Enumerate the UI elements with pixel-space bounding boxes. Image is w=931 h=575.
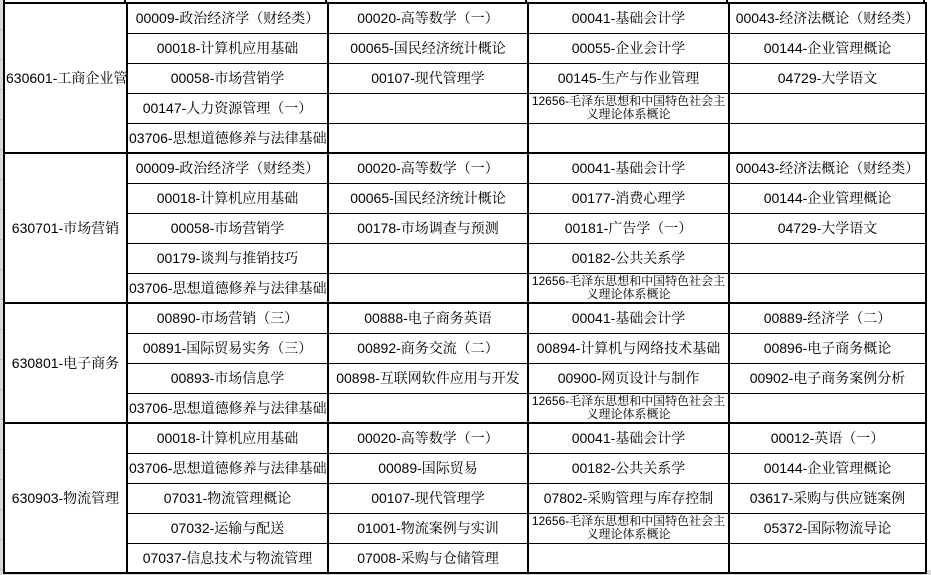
- course-cell: 00058-市场营销学: [127, 213, 328, 243]
- course-cell: 00009-政治经济学（财经类）: [127, 153, 328, 183]
- course-cell: 00018-计算机应用基础: [127, 183, 328, 213]
- table-row: 07037-信息技术与物流管理 07008-采购与仓储管理: [4, 543, 926, 573]
- course-cell: 00896-电子商务概论: [729, 333, 926, 363]
- course-cell: [729, 93, 926, 123]
- course-cell: 00020-高等数学（一）: [328, 153, 528, 183]
- course-cell: [328, 123, 528, 153]
- course-cell: 12656-毛泽东思想和中国特色社会主义理论体系概论: [528, 93, 729, 123]
- course-cell: 00058-市场营销学: [127, 63, 328, 93]
- table-row: 03706-思想道德修养与法律基础 12656-毛泽东思想和中国特色社会主义理论…: [4, 273, 926, 303]
- course-cell: 00147-人力资源管理（一）: [127, 93, 328, 123]
- course-cell: 00020-高等数学（一）: [328, 3, 528, 33]
- course-cell: 12656-毛泽东思想和中国特色社会主义理论体系概论: [528, 273, 729, 303]
- table-row: 630801-电子商务 00890-市场营销（三） 00888-电子商务英语 0…: [4, 303, 926, 333]
- course-cell: 00043-经济法概论（财经类）: [729, 153, 926, 183]
- course-cell: [528, 543, 729, 573]
- course-cell: 00181-广告学（一）: [528, 213, 729, 243]
- course-cell: [729, 273, 926, 303]
- course-cell: 00020-高等数学（一）: [328, 423, 528, 453]
- course-cell: 00107-现代管理学: [328, 483, 528, 513]
- course-cell: 00065-国民经济统计概论: [328, 183, 528, 213]
- course-cell: [328, 393, 528, 423]
- table-row: 00018-计算机应用基础 00065-国民经济统计概论 00177-消费心理学…: [4, 183, 926, 213]
- course-cell: 07802-采购管理与库存控制: [528, 483, 729, 513]
- course-cell: 00107-现代管理学: [328, 63, 528, 93]
- course-cell: 00041-基础会计学: [528, 3, 729, 33]
- course-cell: [328, 273, 528, 303]
- course-cell: 00179-谈判与推销技巧: [127, 243, 328, 273]
- table-row: 630601-工商企业管理 00009-政治经济学（财经类） 00020-高等数…: [4, 3, 926, 33]
- table-row: 03706-思想道德修养与法律基础 12656-毛泽东思想和中国特色社会主义理论…: [4, 393, 926, 423]
- course-cell: 00018-计算机应用基础: [127, 423, 328, 453]
- course-cell: 00900-网页设计与制作: [528, 363, 729, 393]
- course-cell: 03706-思想道德修养与法律基础: [127, 453, 328, 483]
- table-row: 00891-国际贸易实务（三） 00892-商务交流（二） 00894-计算机与…: [4, 333, 926, 363]
- course-cell: 00892-商务交流（二）: [328, 333, 528, 363]
- course-cell: 03706-思想道德修养与法律基础: [127, 393, 328, 423]
- table-row: 00058-市场营销学 00178-市场调查与预测 00181-广告学（一） 0…: [4, 213, 926, 243]
- course-cell: [729, 393, 926, 423]
- major-cell: 630601-工商企业管理: [4, 3, 127, 153]
- course-cell: 07031-物流管理概论: [127, 483, 328, 513]
- table-row: 00893-市场信息学 00898-互联网软件应用与开发 00900-网页设计与…: [4, 363, 926, 393]
- course-cell: 00893-市场信息学: [127, 363, 328, 393]
- course-cell: 00890-市场营销（三）: [127, 303, 328, 333]
- course-cell: 00182-公共关系学: [528, 243, 729, 273]
- course-cell: 00009-政治经济学（财经类）: [127, 3, 328, 33]
- course-cell: 00902-电子商务案例分析: [729, 363, 926, 393]
- course-cell: 00889-经济学（二）: [729, 303, 926, 333]
- course-cell: 00894-计算机与网络技术基础: [528, 333, 729, 363]
- course-cell: 00891-国际贸易实务（三）: [127, 333, 328, 363]
- course-cell: 00144-企业管理概论: [729, 453, 926, 483]
- table-row: 03706-思想道德修养与法律基础: [4, 123, 926, 153]
- course-cell: 04729-大学语文: [729, 63, 926, 93]
- course-cell: 12656-毛泽东思想和中国特色社会主义理论体系概论: [528, 393, 729, 423]
- course-cell: 03617-采购与供应链案例: [729, 483, 926, 513]
- table-row: 00058-市场营销学 00107-现代管理学 00145-生产与作业管理 04…: [4, 63, 926, 93]
- major-cell: 630903-物流管理: [4, 423, 127, 573]
- course-cell: 12656-毛泽东思想和中国特色社会主义理论体系概论: [528, 513, 729, 543]
- course-cell: 01001-物流案例与实训: [328, 513, 528, 543]
- course-cell: 00182-公共关系学: [528, 453, 729, 483]
- course-cell: [328, 243, 528, 273]
- course-cell: 03706-思想道德修养与法律基础: [127, 273, 328, 303]
- course-cell: 03706-思想道德修养与法律基础: [127, 123, 328, 153]
- course-cell: 00177-消费心理学: [528, 183, 729, 213]
- table-row: 07032-运输与配送 01001-物流案例与实训 12656-毛泽东思想和中国…: [4, 513, 926, 543]
- course-cell: 07037-信息技术与物流管理: [127, 543, 328, 573]
- course-cell: 00065-国民经济统计概论: [328, 33, 528, 63]
- course-cell: 00888-电子商务英语: [328, 303, 528, 333]
- course-cell: 04729-大学语文: [729, 213, 926, 243]
- exam-schedule-table: 630601-工商企业管理 00009-政治经济学（财经类） 00020-高等数…: [3, 2, 927, 574]
- course-cell: 00898-互联网软件应用与开发: [328, 363, 528, 393]
- major-cell: 630801-电子商务: [4, 303, 127, 423]
- course-cell: 00041-基础会计学: [528, 423, 729, 453]
- course-cell: [328, 93, 528, 123]
- course-cell: 00018-计算机应用基础: [127, 33, 328, 63]
- course-cell: 00178-市场调查与预测: [328, 213, 528, 243]
- course-cell: 00055-企业会计学: [528, 33, 729, 63]
- table-row: 00018-计算机应用基础 00065-国民经济统计概论 00055-企业会计学…: [4, 33, 926, 63]
- course-cell: [729, 123, 926, 153]
- course-cell: [729, 543, 926, 573]
- course-cell: 00012-英语（一）: [729, 423, 926, 453]
- course-cell: 00089-国际贸易: [328, 453, 528, 483]
- course-cell: 00144-企业管理概论: [729, 33, 926, 63]
- table-row: 630701-市场营销 00009-政治经济学（财经类） 00020-高等数学（…: [4, 153, 926, 183]
- course-cell: 07032-运输与配送: [127, 513, 328, 543]
- course-cell: 05372-国际物流导论: [729, 513, 926, 543]
- page: { "page": { "border_color": "#000000", "…: [0, 0, 931, 575]
- course-cell: 00145-生产与作业管理: [528, 63, 729, 93]
- course-cell: 00144-企业管理概论: [729, 183, 926, 213]
- course-cell: 00041-基础会计学: [528, 303, 729, 333]
- table-row: 00147-人力资源管理（一） 12656-毛泽东思想和中国特色社会主义理论体系…: [4, 93, 926, 123]
- course-cell: 00043-经济法概论（财经类）: [729, 3, 926, 33]
- major-cell: 630701-市场营销: [4, 153, 127, 303]
- table-row: 00179-谈判与推销技巧 00182-公共关系学: [4, 243, 926, 273]
- course-cell: 00041-基础会计学: [528, 153, 729, 183]
- table-row: 07031-物流管理概论 00107-现代管理学 07802-采购管理与库存控制…: [4, 483, 926, 513]
- course-cell: [729, 243, 926, 273]
- course-cell: 07008-采购与仓储管理: [328, 543, 528, 573]
- course-cell: [528, 123, 729, 153]
- table-row: 03706-思想道德修养与法律基础 00089-国际贸易 00182-公共关系学…: [4, 453, 926, 483]
- table-row: 630903-物流管理 00018-计算机应用基础 00020-高等数学（一） …: [4, 423, 926, 453]
